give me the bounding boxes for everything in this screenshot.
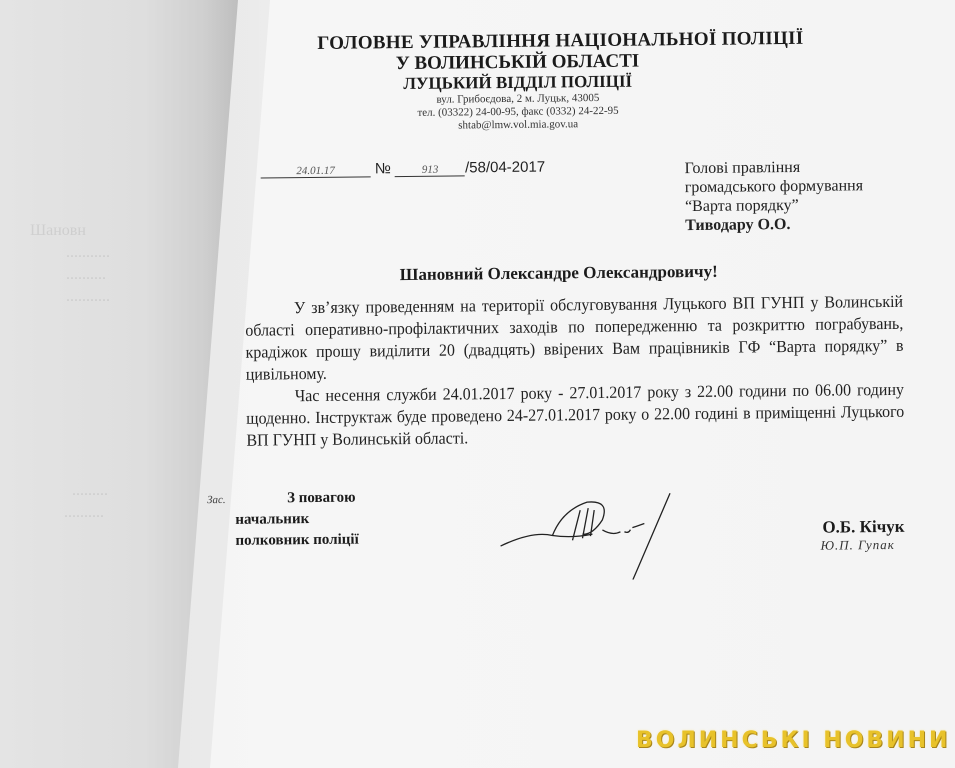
closing-line3: полковник поліції <box>235 530 358 552</box>
handwritten-note: Зас. <box>207 494 226 506</box>
reference-suffix: /58/04-2017 <box>465 159 545 177</box>
addressee-line1: Голові правління <box>685 157 863 178</box>
addressee-line3: “Варта порядку” <box>685 195 863 216</box>
addressee-line2: громадського формування <box>685 176 863 197</box>
number-label: № <box>375 160 391 177</box>
letterhead-email: shtab@lmw.vol.mia.gov.ua <box>328 117 708 134</box>
watermark-logo: ВОЛИНСЬКІ НОВИНИ <box>636 728 950 753</box>
signer-name: О.Б. Кічук <box>822 517 904 538</box>
paragraph: У зв’язку проведенням на території обслу… <box>245 291 904 386</box>
addressee-name: Тиводару О.О. <box>685 214 863 235</box>
signer-handwritten: Ю.П. Гупак <box>821 537 895 554</box>
addressee-block: Голові правління громадського формування… <box>685 157 864 235</box>
closing-line1: З повагою <box>287 488 358 510</box>
letter-content: ГОЛОВНЕ УПРАВЛІННЯ НАЦІОНАЛЬНОЇ ПОЛІЦІЇ … <box>0 0 955 768</box>
letter-body: У зв’язку проведенням на території обслу… <box>245 291 905 452</box>
closing-block: З повагою начальник полковник поліції <box>232 488 359 552</box>
signature-mark <box>492 489 673 581</box>
closing-line2: начальник <box>235 509 358 531</box>
letterhead: ГОЛОВНЕ УПРАВЛІННЯ НАЦІОНАЛЬНОЇ ПОЛІЦІЇ … <box>327 29 708 134</box>
greeting: Шановний Олександре Олександровичу! <box>400 262 718 285</box>
reference-date: 24.01.17 <box>261 164 371 178</box>
reference-number: 913 <box>395 163 465 177</box>
paragraph: Час несення служби 24.01.2017 року - 27.… <box>246 379 905 452</box>
reference-line: 24.01.17 № 913/58/04-2017 <box>261 159 546 179</box>
